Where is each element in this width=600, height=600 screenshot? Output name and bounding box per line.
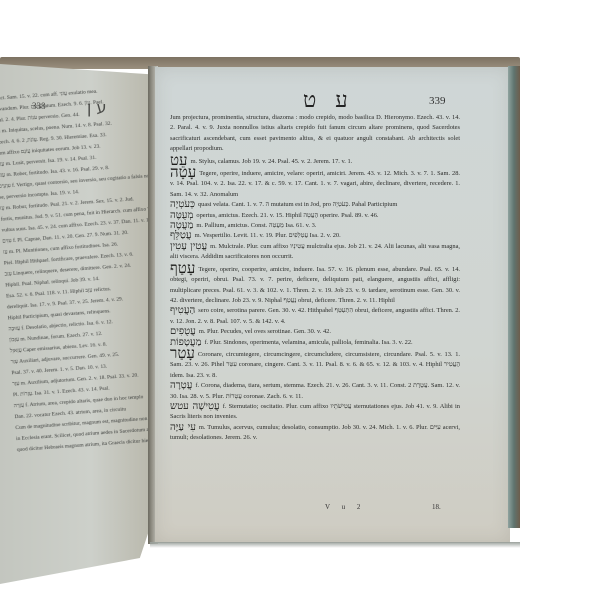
open-book-photo: 338 ע ן punct. Sam. 15. v. 22. cum aff. … <box>0 0 600 600</box>
entry-headword: כְּעֹטְיָה <box>170 199 195 210</box>
entry-definition: Jum projectura, prominentia, structura, … <box>170 114 460 152</box>
lexicon-entry: Jum projectura, prominentia, structura, … <box>170 113 460 155</box>
entry-definition: m. Pallium, amictus. Const. מַעֲטֵה Isa.… <box>196 222 316 229</box>
page-bottom-shadow <box>150 542 520 548</box>
lexicon-entry: עֲטִישָׁה עטשf. Sternutatio; oscitatio. … <box>170 402 460 423</box>
entry-headword: עֲטָרָה <box>170 380 192 391</box>
right-page-header: ע ט 339 <box>155 93 510 115</box>
book-fore-edge <box>508 66 520 528</box>
lexicon-entry: עֲטִין עָטִיןm. Mulctrale. Plur. cum aff… <box>170 242 460 263</box>
entry-headword: הַעֲטִיף <box>170 305 195 316</box>
entry-definition: m. Vespertilio. Levit. 11. v. 19. Plur. … <box>195 232 341 239</box>
entry-headword: עֲטֻפִים <box>170 326 196 337</box>
lexicon-entry: עֲטָרָהf. Corona, diadema, tiara, sertum… <box>170 381 460 402</box>
entry-headword: עָטַף <box>170 259 195 277</box>
entry-definition: opertus, amictus. Ezech. 21. v. 15. Hiph… <box>196 212 378 219</box>
right-page: ע ט 339 Jum projectura, prominentia, str… <box>155 67 510 543</box>
lexicon-entry: עָטַרCoronare, circumtegere, circumcinge… <box>170 348 460 381</box>
entry-definition: m. Tumulus, acervus, cumulus; desolatio,… <box>170 424 460 441</box>
entry-headword: עֲטִין עָטִין <box>170 241 207 252</box>
entry-definition: m. Plur. Pecudes, vel oves serotinae. Ge… <box>199 328 331 335</box>
entry-definition: f. Plur. Sindones, operimenta, velamina,… <box>205 339 413 346</box>
lexicon-entry: עֲטֻפִיםm. Plur. Pecudes, vel oves serot… <box>170 327 460 337</box>
right-page-text: Jum projectura, prominentia, structura, … <box>170 113 460 444</box>
lexicon-entry: עָטָהTegere, operire, induere, amicire, … <box>170 167 460 200</box>
entry-definition: m. Stylus, calamus. Job 19. v. 24. Psal.… <box>191 158 353 165</box>
lexicon-entry: עֲטַלֵּףm. Vespertilio. Levit. 11. v. 19… <box>170 231 460 241</box>
entry-definition: Tegere, operire, cooperire, amicire, ind… <box>170 266 460 304</box>
left-page-text: punct. Sam. 15. v. 22. cum aff. עֲוֹנִי … <box>0 82 152 467</box>
entry-definition: sero coire, serotina parere. Gen. 30. v.… <box>170 307 460 324</box>
right-page-number: 339 <box>429 95 446 107</box>
lexicon-entry: כְּעֹטְיָהquasi velata. Cant. 1. v. 7. ה… <box>170 200 460 210</box>
lexicon-entry: עָטַףTegere, operire, cooperire, amicire… <box>170 263 460 307</box>
lexicon-entry: מַעֲטָפוֹתf. Plur. Sindones, operimenta,… <box>170 338 460 348</box>
lexicon-entry: עִי עַיָּהm. Tumulus, acervus, cumulus; … <box>170 423 460 444</box>
lexicon-entry: הַעֲטִיףsero coire, serotina parere. Gen… <box>170 306 460 327</box>
entry-definition: Coronare, circumtegere, circumcingere, c… <box>170 351 460 379</box>
lexicon-entry: מְעֻטֶּהopertus, amictus. Ezech. 21. v. … <box>170 211 460 221</box>
entry-definition: f. Corona, diadema, tiara, sertum, stemm… <box>170 382 460 399</box>
entry-headword: עֲטַלֵּף <box>170 230 192 241</box>
entry-headword: עֲטִישָׁה עטש <box>170 401 220 412</box>
right-running-head: ע ט <box>303 87 354 113</box>
entry-headword: מְעֻטֶּה <box>170 210 193 221</box>
signature-mark: V u 2 <box>325 503 365 511</box>
lexicon-entry: עֵטm. Stylus, calamus. Job 19. v. 24. Ps… <box>170 155 460 167</box>
catchword: 18. <box>432 503 441 511</box>
entry-headword: עָטַר <box>170 344 195 362</box>
entry-headword: עָטָה <box>170 163 196 181</box>
entry-headword: עִי עַיָּה <box>170 422 196 433</box>
left-page: 338 ע ן punct. Sam. 15. v. 22. cum aff. … <box>0 64 152 584</box>
entry-definition: Tegere, operire, induere, amicire, velar… <box>170 170 460 198</box>
lexicon-entry: מַעֲטֶהm. Pallium, amictus. Const. מַעֲט… <box>170 221 460 231</box>
entry-definition: quasi velata. Cant. 1. v. 7. ה mutatum e… <box>198 201 397 208</box>
entry-definition: m. Mulctrale. Plur. cum affixo עֲטִינָיו… <box>170 243 460 260</box>
